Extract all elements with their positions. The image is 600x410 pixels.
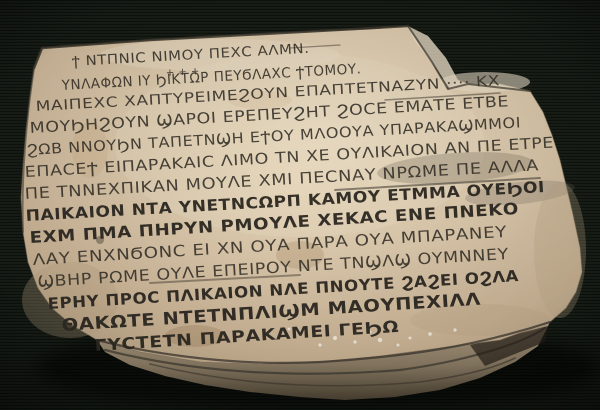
- photo-vignette: [0, 0, 600, 410]
- photo-canvas: + + + ϯ ΝΤΠΝΙϹ ΝΙΜΟΥ ΠΕΧϹ ΑΛΜΝ. ΥΝΛΑΦΩΝ …: [0, 0, 600, 410]
- ostracon-photo: + + + ϯ ΝΤΠΝΙϹ ΝΙΜΟΥ ΠΕΧϹ ΑΛΜΝ. ΥΝΛΑΦΩΝ …: [0, 0, 600, 410]
